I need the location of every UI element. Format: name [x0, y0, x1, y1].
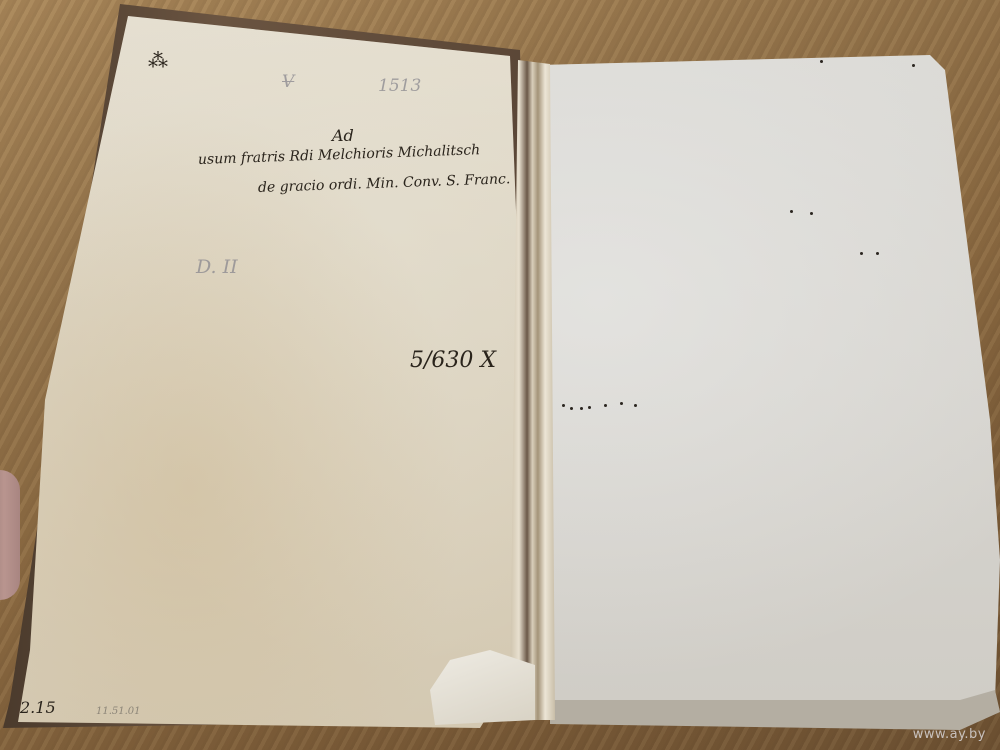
pencil-number: 1513 — [378, 76, 421, 96]
watermark: www.ay.by — [913, 727, 986, 742]
bottom-corner-mark: 2.15 — [20, 698, 56, 717]
bottom-pencil-number: 11.51.01 — [96, 706, 141, 717]
corner-mark: ⁂ — [148, 48, 168, 72]
finger — [0, 470, 20, 600]
pencil-mark-d: D. II — [196, 256, 238, 278]
shelf-mark: 5/630 X — [410, 348, 496, 373]
inscription-line-1: Ad — [332, 126, 354, 145]
pencil-mark-v: V — [282, 72, 294, 92]
